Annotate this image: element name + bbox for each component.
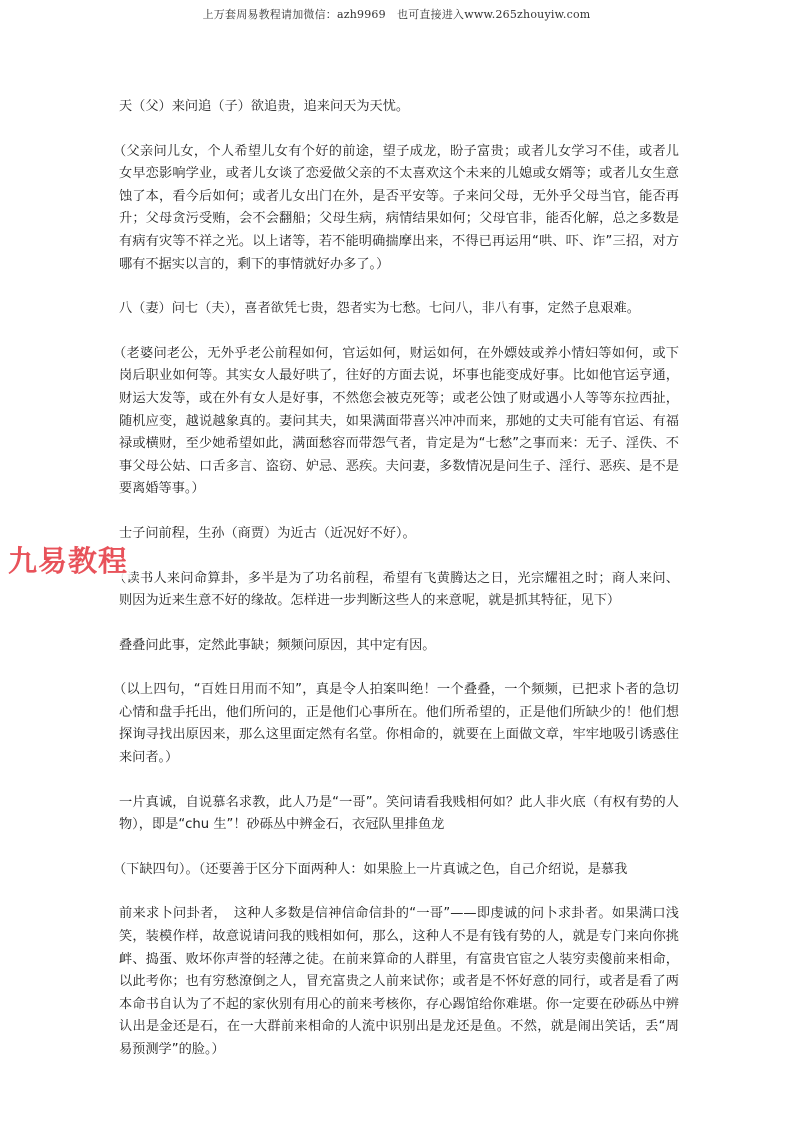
verse-paragraph: 士子问前程，生孙（商贾）为近古（近况好不好）。 xyxy=(119,523,679,546)
verse-paragraph: 八（妻）问七（夫），喜者欲凭七贵，怨者实为七愁。七问八，非八有事，定然子息艰难。 xyxy=(119,298,679,321)
commentary-paragraph: （老婆问老公，无外乎老公前程如何，官运如何，财运如何，在外嫖妓或养小情妇等如何，… xyxy=(119,343,679,501)
commentary-paragraph: （父亲问儿女，个人希望儿女有个好的前途，望子成龙，盼子富贵；或者儿女学习不佳，或… xyxy=(119,141,679,277)
body-paragraph: 前来求卜问卦者， 这种人多数是信神信命信卦的“一哥”——即虔诚的问卜求卦者。如果… xyxy=(119,903,679,1061)
verse-paragraph: 叠叠问此事，定然此事缺；频频问原因，其中定有因。 xyxy=(119,635,679,658)
commentary-paragraph: （读书人来问命算卦，多半是为了功名前程，希望有飞黄腾达之日，光宗耀祖之时；商人来… xyxy=(119,568,679,613)
document-body: 天（父）来问追（子）欲追贵，追来问天为天忧。 （父亲问儿女，个人希望儿女有个好的… xyxy=(119,96,679,1084)
watermark-logo: 九易教程 xyxy=(6,543,130,579)
verse-paragraph: 天（父）来问追（子）欲追贵，追来问天为天忧。 xyxy=(119,96,679,119)
commentary-paragraph: （下缺四句）。（还要善于区分下面两种人：如果脸上一片真诚之色，自己介绍说，是慕我 xyxy=(119,859,679,882)
commentary-paragraph: （以上四句，“百姓日用而不知”，真是令人拍案叫绝！一个叠叠，一个频频，已把求卜者… xyxy=(119,679,679,769)
header-banner: 上万套周易教程请加微信：azh9969 也可直接进入www.265zhouyiw… xyxy=(0,6,793,22)
verse-paragraph: 一片真诚，自说慕名求教，此人乃是“一哥”。笑问请看我贱相何如？此人非火底（有权有… xyxy=(119,792,679,837)
